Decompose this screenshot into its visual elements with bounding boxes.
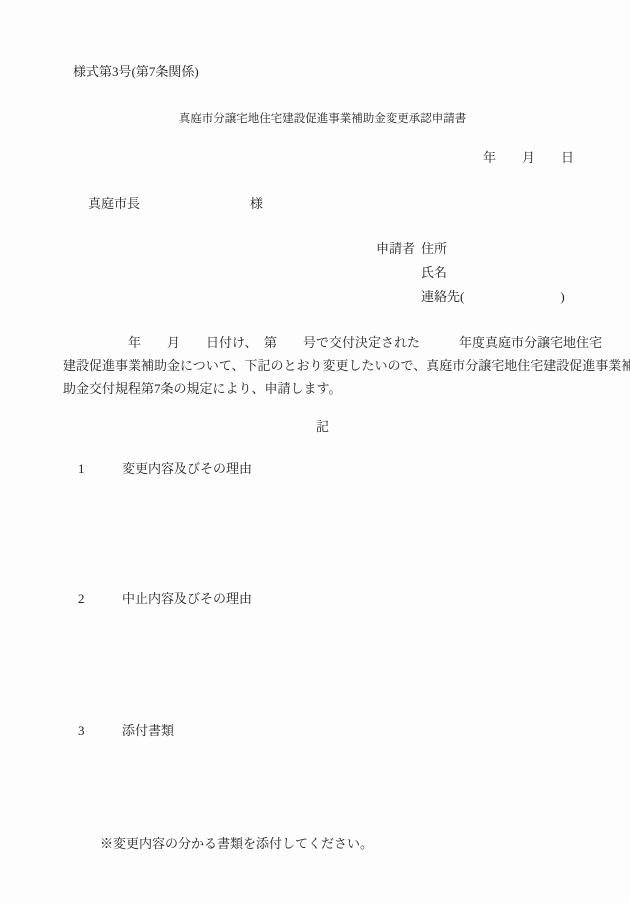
body-line-3: 助金交付規程第7条の規定により、申請します。 [63,377,615,400]
application-form-page: 様式第3号(第7条関係) 真庭市分譲宅地住宅建設促進事業補助金変更承認申請書 年… [0,0,630,903]
footnote: ※変更内容の分かる書類を添付してください。 [100,836,373,852]
applicant-label: 申請者 [376,241,415,257]
applicant-name-label: 氏名 [421,265,447,281]
item-2-label: 中止内容及びその理由 [122,591,252,607]
body-line-1: 年 月 日付け、 第 号で交付決定された 年度真庭市分譲宅地住宅 [63,331,615,354]
body-line-2: 建設促進事業補助金について、下記のとおり変更したいので、真庭市分譲宅地住宅建設促… [63,354,615,377]
body-paragraph: 年 月 日付け、 第 号で交付決定された 年度真庭市分譲宅地住宅 建設促進事業補… [63,331,615,400]
applicant-address-label: 住所 [421,241,447,257]
date-line: 年 月 日 [483,150,574,166]
document-title: 真庭市分譲宅地住宅建設促進事業補助金変更承認申請書 [15,112,630,126]
form-number: 様式第3号(第7条関係) [73,64,199,80]
item-3-label: 添付書類 [122,723,174,739]
item-2-number: 2 [78,591,85,607]
addressee-honorific: 様 [250,196,263,212]
applicant-contact-label: 連絡先( [421,289,464,304]
item-3-number: 3 [78,723,85,739]
contact-blank-space [464,300,560,301]
applicant-contact-close-paren: ) [560,289,564,304]
item-1-number: 1 [78,461,85,477]
item-1-label: 変更内容及びその理由 [122,461,252,477]
ki-heading: 記 [15,419,630,435]
applicant-contact-line: 連絡先() [421,289,565,305]
addressee-name: 真庭市長 [88,196,140,212]
